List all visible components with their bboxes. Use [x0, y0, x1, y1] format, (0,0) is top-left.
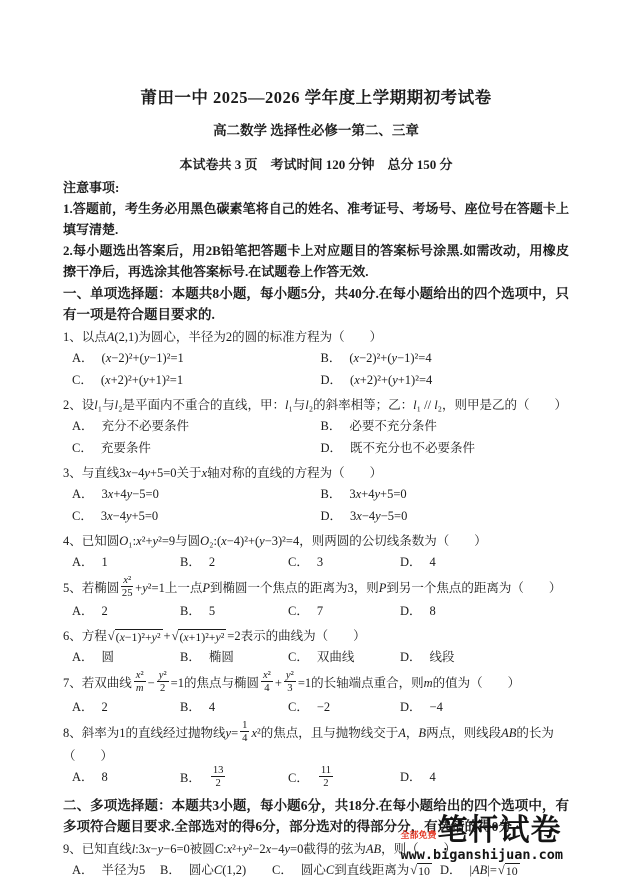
question-options: A．2 B．4 C．−2 D．−4 — [63, 697, 569, 718]
option-text: 3x+4y+5=0 — [349, 484, 406, 505]
question-stem: 6、方程√(x−1)²+y²+√(x+1)²+y²=2表示的曲线为（ ） — [63, 626, 569, 647]
option-c: C．7 — [288, 601, 400, 622]
option-text: −4 — [430, 697, 443, 718]
option-text: 2 — [209, 552, 215, 573]
option-text: 2 — [102, 697, 108, 718]
option-b: B．5 — [180, 601, 288, 622]
watermark-brand: 笔杆试卷 — [437, 816, 561, 846]
option-d: D．−4 — [400, 697, 569, 718]
question-stem: 8、斜率为1的直线经过抛物线y=14x²的焦点，且与抛物线交于A，B两点，则线段… — [63, 722, 569, 767]
option-text: (x+2)²+(y+1)²=1 — [101, 370, 183, 391]
paper-content: 莆田一中 2025—2026 学年度上学期期初考试卷 高二数学 选择性必修一第二… — [0, 0, 627, 881]
paper-title: 莆田一中 2025—2026 学年度上学期期初考试卷 — [63, 84, 569, 108]
option-text: 半径为5 — [102, 860, 146, 881]
option-c: C．−2 — [288, 697, 400, 718]
question-options: A．8 B．132 C．112 D．4 — [63, 767, 569, 791]
question-options: A．3x+4y−5=0 B．3x+4y+5=0 C．3x−4y+5=0 D．3x… — [63, 484, 569, 527]
option-text: 3 — [317, 552, 323, 573]
question-options: A．充分不必要条件 B．必要不充分条件 C．充要条件 D．既不充分也不必要条件 — [63, 416, 569, 459]
option-text: 必要不充分条件 — [349, 416, 437, 437]
option-text: 既不充分也不必要条件 — [350, 438, 475, 459]
option-text: 3x−4y−5=0 — [350, 506, 407, 527]
paper-info-line: 本试卷共 3 页 考试时间 120 分钟 总分 150 分 — [63, 154, 569, 173]
question-stem: 1、以点A(2,1)为圆心，半径为2的圆的标准方程为（ ） — [63, 327, 569, 348]
option-text: 4 — [209, 697, 215, 718]
option-text: 椭圆 — [209, 647, 234, 668]
option-a: A．8 — [72, 767, 180, 791]
option-text: 线段 — [430, 647, 455, 668]
option-a: A．(x−2)²+(y−1)²=1 — [72, 348, 321, 369]
option-a: A．3x+4y−5=0 — [72, 484, 321, 505]
option-text: 3x−4y+5=0 — [101, 506, 158, 527]
question-2: 2、设l₁与l₂是平面内不重合的直线，甲：l₁与l₂的斜率相等；乙：l₁ // … — [63, 395, 569, 459]
option-d: D．4 — [400, 552, 569, 573]
paper-subtitle: 高二数学 选择性必修一第二、三章 — [63, 119, 569, 139]
question-stem: 2、设l₁与l₂是平面内不重合的直线，甲：l₁与l₂的斜率相等；乙：l₁ // … — [63, 395, 569, 416]
option-text: (x−2)²+(y−1)²=4 — [349, 348, 431, 369]
option-text: −2 — [317, 697, 330, 718]
question-stem: 5、若椭圆x²25+y²=1上一点P到椭圆一个焦点的距离为3，则P到另一个焦点的… — [63, 577, 569, 601]
option-text: (x+2)²+(y+1)²=4 — [350, 370, 432, 391]
option-c: C．充要条件 — [72, 438, 321, 459]
option-a: A．圆 — [72, 647, 180, 668]
question-options: A．半径为5 B．圆心C(1,2) C．圆心C到直线距离为√10 D．|AB|=… — [63, 860, 569, 881]
option-a: A．半径为5 — [72, 860, 160, 881]
option-text: 4 — [430, 767, 436, 788]
option-b: B．3x+4y+5=0 — [321, 484, 570, 505]
notices-heading: 注意事项: — [63, 177, 569, 198]
option-c: C．圆心C到直线距离为√10 — [272, 860, 440, 881]
option-text: 3x+4y−5=0 — [102, 484, 159, 505]
option-c: C．3x−4y+5=0 — [72, 506, 321, 527]
option-d: D．4 — [400, 767, 569, 791]
option-text: (x−2)²+(y−1)²=1 — [102, 348, 184, 369]
option-text: 8 — [430, 601, 436, 622]
option-text: 4 — [430, 552, 436, 573]
option-d: D．(x+2)²+(y+1)²=4 — [321, 370, 570, 391]
option-text: 2 — [102, 601, 108, 622]
option-c: C．(x+2)²+(y+1)²=1 — [72, 370, 321, 391]
option-text: 圆 — [102, 647, 115, 668]
option-a: A．2 — [72, 601, 180, 622]
option-a: A．2 — [72, 697, 180, 718]
question-options: A．2 B．5 C．7 D．8 — [63, 601, 569, 622]
option-text: 充要条件 — [101, 438, 151, 459]
option-text: 双曲线 — [317, 647, 355, 668]
option-b: B．椭圆 — [180, 647, 288, 668]
question-options: A．圆 B．椭圆 C．双曲线 D．线段 — [63, 647, 569, 668]
question-options: A．1 B．2 C．3 D．4 — [63, 552, 569, 573]
option-a: A．1 — [72, 552, 180, 573]
option-d: D．3x−4y−5=0 — [321, 506, 570, 527]
option-text: 7 — [317, 601, 323, 622]
option-text: 圆心C到直线距离为√10 — [301, 860, 433, 881]
question-6: 6、方程√(x−1)²+y²+√(x+1)²+y²=2表示的曲线为（ ） A．圆… — [63, 626, 569, 668]
option-b: B．2 — [180, 552, 288, 573]
watermark-free-label: 全部免费 — [400, 828, 436, 841]
option-text: 充分不必要条件 — [102, 416, 190, 437]
notice-item-1: 1.答题前，考生务必用黑色碳素笔将自己的姓名、准考证号、考场号、座位号在答题卡上… — [63, 198, 569, 240]
question-3: 3、与直线3x−4y+5=0关于x轴对称的直线的方程为（ ） A．3x+4y−5… — [63, 463, 569, 527]
notice-item-2: 2.每小题选出答案后，用2B铅笔把答题卡上对应题目的答案标号涂黑.如需改动，用橡… — [63, 240, 569, 282]
watermark-url: www.biganshijuan.com — [400, 847, 563, 863]
question-5: 5、若椭圆x²25+y²=1上一点P到椭圆一个焦点的距离为3，则P到另一个焦点的… — [63, 577, 569, 622]
question-4: 4、已知圆O₁:x²+y²=9与圆O₂:(x−4)²+(y−3)²=4，则两圆的… — [63, 531, 569, 573]
option-text: 8 — [102, 767, 108, 788]
option-d: D．|AB|=√10 — [440, 860, 569, 881]
question-stem: 3、与直线3x−4y+5=0关于x轴对称的直线的方程为（ ） — [63, 463, 569, 484]
option-c: C．112 — [288, 767, 400, 791]
option-d: D．既不充分也不必要条件 — [321, 438, 570, 459]
watermark: 全部免费 笔杆试卷 www.biganshijuan.com — [400, 816, 563, 863]
option-b: B．(x−2)²+(y−1)²=4 — [321, 348, 570, 369]
option-c: C．3 — [288, 552, 400, 573]
option-text: 112 — [317, 767, 335, 791]
question-options: A．(x−2)²+(y−1)²=1 B．(x−2)²+(y−1)²=4 C．(x… — [63, 348, 569, 391]
option-text: 1 — [102, 552, 108, 573]
question-1: 1、以点A(2,1)为圆心，半径为2的圆的标准方程为（ ） A．(x−2)²+(… — [63, 327, 569, 391]
option-text: |AB|=√10 — [470, 860, 521, 881]
option-a: A．充分不必要条件 — [72, 416, 321, 437]
option-b: B．必要不充分条件 — [321, 416, 570, 437]
option-d: D．线段 — [400, 647, 569, 668]
question-8: 8、斜率为1的直线经过抛物线y=14x²的焦点，且与抛物线交于A，B两点，则线段… — [63, 722, 569, 792]
question-7: 7、若双曲线x²m−y²2=1的焦点与椭圆x²4+y²3=1的长轴端点重合，则m… — [63, 672, 569, 717]
question-stem: 7、若双曲线x²m−y²2=1的焦点与椭圆x²4+y²3=1的长轴端点重合，则m… — [63, 672, 569, 696]
option-text: 132 — [209, 767, 228, 791]
option-b: B．4 — [180, 697, 288, 718]
section-1-heading: 一、单项选择题：本题共8小题，每小题5分，共40分.在每小题给出的四个选项中，只… — [63, 283, 569, 325]
exam-paper-page: 莆田一中 2025—2026 学年度上学期期初考试卷 高二数学 选择性必修一第二… — [0, 0, 627, 887]
option-text: 5 — [209, 601, 215, 622]
option-b: B．圆心C(1,2) — [160, 860, 272, 881]
option-d: D．8 — [400, 601, 569, 622]
option-b: B．132 — [180, 767, 288, 791]
question-stem: 4、已知圆O₁:x²+y²=9与圆O₂:(x−4)²+(y−3)²=4，则两圆的… — [63, 531, 569, 552]
option-text: 圆心C(1,2) — [189, 860, 246, 881]
option-c: C．双曲线 — [288, 647, 400, 668]
